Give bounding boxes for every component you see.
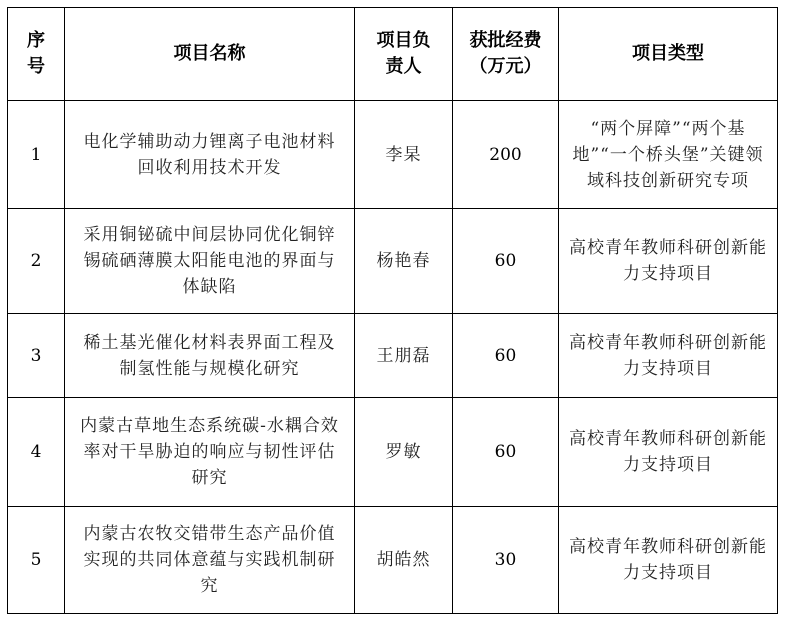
project-leader: 杨艳春 bbox=[355, 209, 453, 314]
project-funding: 60 bbox=[453, 314, 559, 398]
header-row: 序 号 项目名称 项目负 责人 获批经费 （万元） 项目类型 bbox=[8, 8, 778, 101]
project-funding: 30 bbox=[453, 507, 559, 614]
header-type: 项目类型 bbox=[559, 8, 778, 101]
row-index: 2 bbox=[8, 209, 65, 314]
header-name: 项目名称 bbox=[65, 8, 355, 101]
project-name: 内蒙古农牧交错带生态产品价值实现的共同体意蕴与实践机制研究 bbox=[65, 507, 355, 614]
project-leader: 李杲 bbox=[355, 101, 453, 209]
project-name: 采用铜铋硫中间层协同优化铜锌锡硫硒薄膜太阳能电池的界面与体缺陷 bbox=[65, 209, 355, 314]
table-row: 2 采用铜铋硫中间层协同优化铜锌锡硫硒薄膜太阳能电池的界面与体缺陷 杨艳春 60… bbox=[8, 209, 778, 314]
project-type: 高校青年教师科研创新能力支持项目 bbox=[559, 398, 778, 507]
table-row: 1 电化学辅助动力锂离子电池材料回收利用技术开发 李杲 200 “两个屏障”“两… bbox=[8, 101, 778, 209]
project-type: 高校青年教师科研创新能力支持项目 bbox=[559, 209, 778, 314]
project-name: 内蒙古草地生态系统碳-水耦合效率对干旱胁迫的响应与韧性评估研究 bbox=[65, 398, 355, 507]
project-leader: 罗敏 bbox=[355, 398, 453, 507]
table-row: 5 内蒙古农牧交错带生态产品价值实现的共同体意蕴与实践机制研究 胡皓然 30 高… bbox=[8, 507, 778, 614]
row-index: 4 bbox=[8, 398, 65, 507]
project-funding: 60 bbox=[453, 209, 559, 314]
row-index: 5 bbox=[8, 507, 65, 614]
project-type: 高校青年教师科研创新能力支持项目 bbox=[559, 507, 778, 614]
header-leader: 项目负 责人 bbox=[355, 8, 453, 101]
project-leader: 胡皓然 bbox=[355, 507, 453, 614]
project-leader: 王朋磊 bbox=[355, 314, 453, 398]
row-index: 1 bbox=[8, 101, 65, 209]
row-index: 3 bbox=[8, 314, 65, 398]
project-name: 稀土基光催化材料表界面工程及制氢性能与规模化研究 bbox=[65, 314, 355, 398]
table-row: 3 稀土基光催化材料表界面工程及制氢性能与规模化研究 王朋磊 60 高校青年教师… bbox=[8, 314, 778, 398]
header-funding: 获批经费 （万元） bbox=[453, 8, 559, 101]
project-type: 高校青年教师科研创新能力支持项目 bbox=[559, 314, 778, 398]
project-funding: 200 bbox=[453, 101, 559, 209]
project-table: 序 号 项目名称 项目负 责人 获批经费 （万元） 项目类型 1 电化学辅助动力… bbox=[7, 7, 778, 614]
project-type: “两个屏障”“两个基地”“一个桥头堡”关键领域科技创新研究专项 bbox=[559, 101, 778, 209]
table-row: 4 内蒙古草地生态系统碳-水耦合效率对干旱胁迫的响应与韧性评估研究 罗敏 60 … bbox=[8, 398, 778, 507]
project-name: 电化学辅助动力锂离子电池材料回收利用技术开发 bbox=[65, 101, 355, 209]
project-funding: 60 bbox=[453, 398, 559, 507]
header-index: 序 号 bbox=[8, 8, 65, 101]
